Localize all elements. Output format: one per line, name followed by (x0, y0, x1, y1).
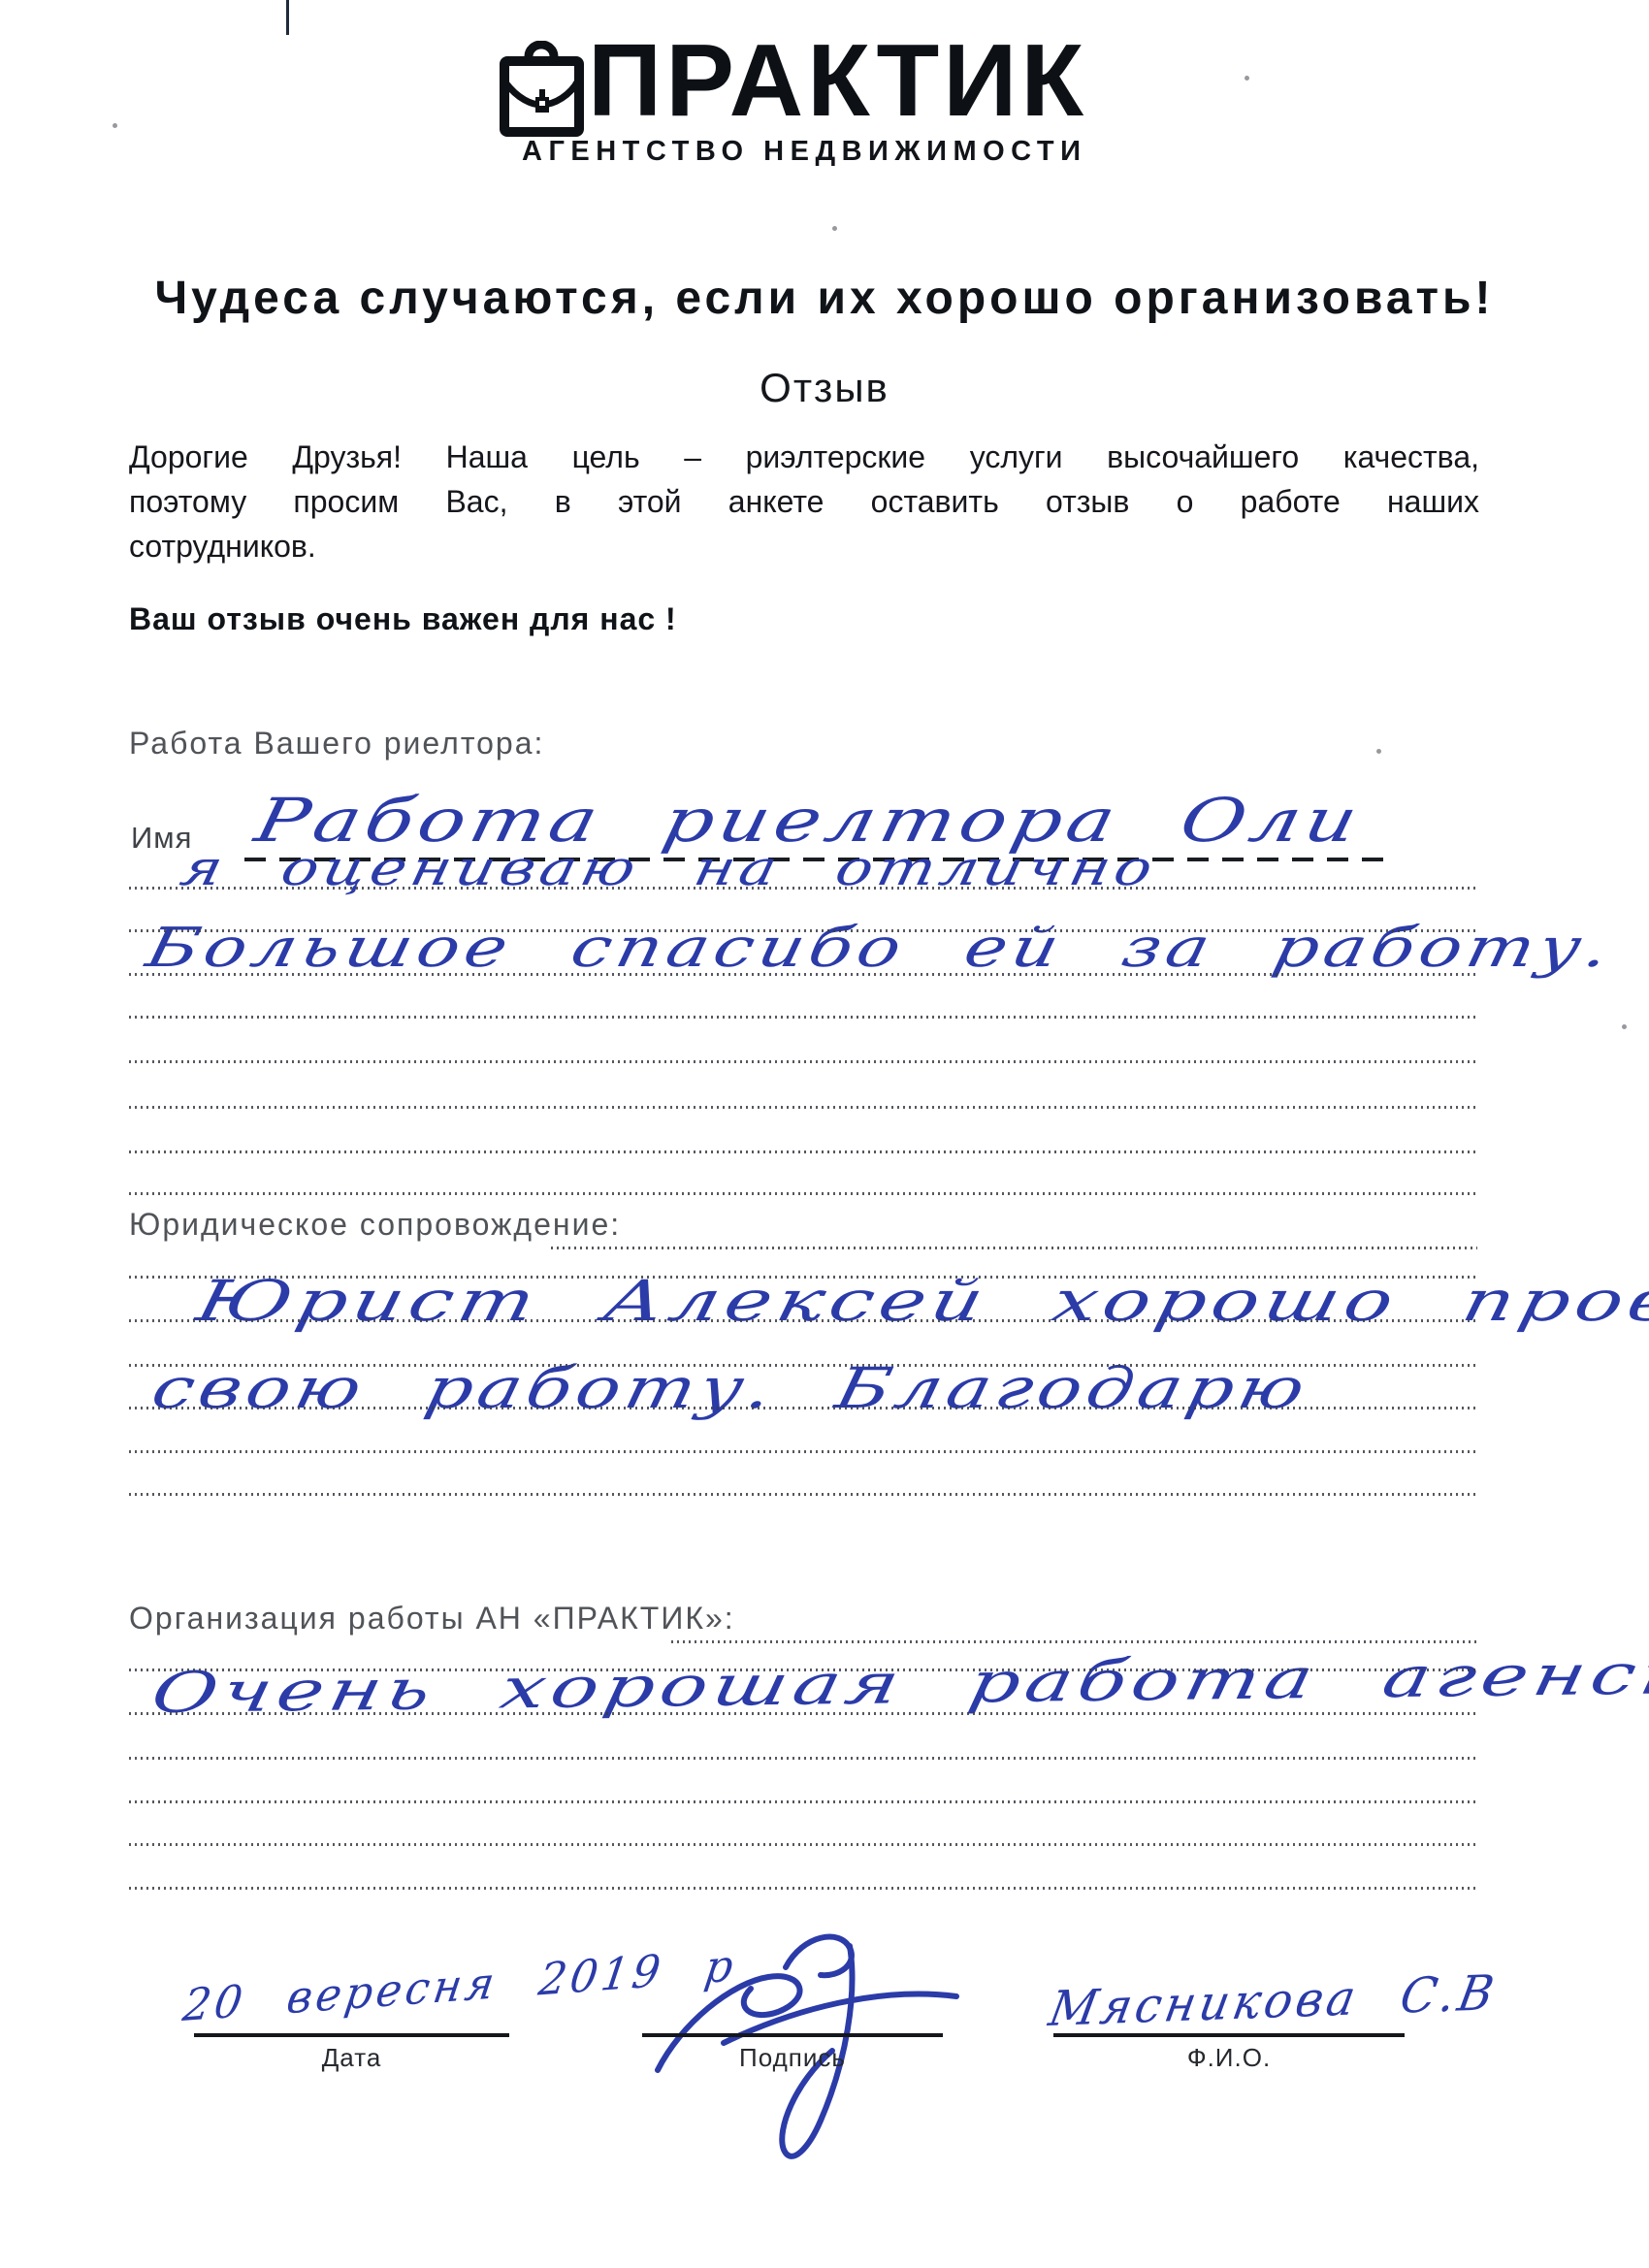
dotted-line (129, 1843, 1479, 1846)
scan-speckle (1376, 749, 1381, 754)
briefcase-icon (497, 41, 586, 138)
scan-speckle (1622, 1024, 1627, 1029)
fio-handwriting: Мясникова С.В (1046, 1968, 1501, 2033)
dotted-line (551, 1247, 1477, 1249)
dotted-line (129, 1407, 1479, 1409)
brand-wordmark: ПРАКТИК (588, 29, 1087, 132)
handwriting-realtor-line2: я оцениваю на отлично (177, 844, 1161, 892)
dotted-line (129, 1106, 1479, 1109)
dotted-line (129, 1276, 1479, 1279)
handwriting-organization-line1: Очень хорошая работа агенства (147, 1644, 1649, 1721)
dotted-line (129, 1150, 1479, 1153)
intro-line: поэтому просим Вас, в этой анкете остави… (129, 479, 1479, 524)
dotted-line (129, 887, 1479, 890)
scan-speckle (1245, 76, 1249, 81)
dotted-line (129, 1319, 1479, 1322)
date-label: Дата (194, 2043, 509, 2073)
dotted-line (129, 1450, 1479, 1453)
signature-underline (642, 2033, 943, 2037)
intro-line: Дорогие Друзья! Наша цель – риэлтерские … (129, 435, 1479, 479)
dotted-line (129, 1016, 1479, 1019)
dotted-line (129, 1800, 1479, 1803)
dotted-line (129, 1712, 1479, 1715)
name-label: Имя (131, 821, 192, 856)
intro-paragraph: Дорогие Друзья! Наша цель – риэлтерские … (129, 435, 1479, 568)
dotted-line (129, 1669, 1479, 1671)
scan-artifact-line (286, 0, 289, 35)
scan-speckle (832, 226, 837, 231)
dotted-line (129, 1757, 1479, 1760)
scanned-feedback-form: ПРАКТИК АГЕНТСТВО НЕДВИЖИМОСТИ Чудеса сл… (0, 0, 1649, 2268)
brand-subtitle: АГЕНТСТВО НЕДВИЖИМОСТИ (522, 136, 1086, 168)
form-title: Отзыв (0, 365, 1649, 411)
dotted-line (129, 929, 1479, 932)
dotted-line (129, 1192, 1479, 1195)
dotted-line (671, 1640, 1477, 1643)
dotted-line (129, 973, 1479, 976)
date-underline (194, 2033, 509, 2037)
section-label-organization: Организация работы АН «ПРАКТИК»: (129, 1601, 735, 1636)
section-label-legal: Юридическое сопровождение: (129, 1207, 621, 1243)
scan-speckle (113, 123, 117, 128)
importance-note: Ваш отзыв очень важен для нас ! (129, 601, 677, 637)
section-label-realtor: Работа Вашего риелтора: (129, 726, 544, 761)
dotted-line (129, 1364, 1479, 1367)
intro-line: сотрудников. (129, 524, 1479, 568)
dotted-line (129, 1493, 1479, 1496)
signature-label: Подпись (642, 2043, 943, 2073)
fio-underline (1053, 2033, 1405, 2037)
fio-label: Ф.И.О. (1053, 2043, 1405, 2073)
dotted-line (129, 1887, 1479, 1890)
dotted-line (129, 1060, 1479, 1063)
slogan: Чудеса случаются, если их хорошо организ… (0, 272, 1649, 325)
